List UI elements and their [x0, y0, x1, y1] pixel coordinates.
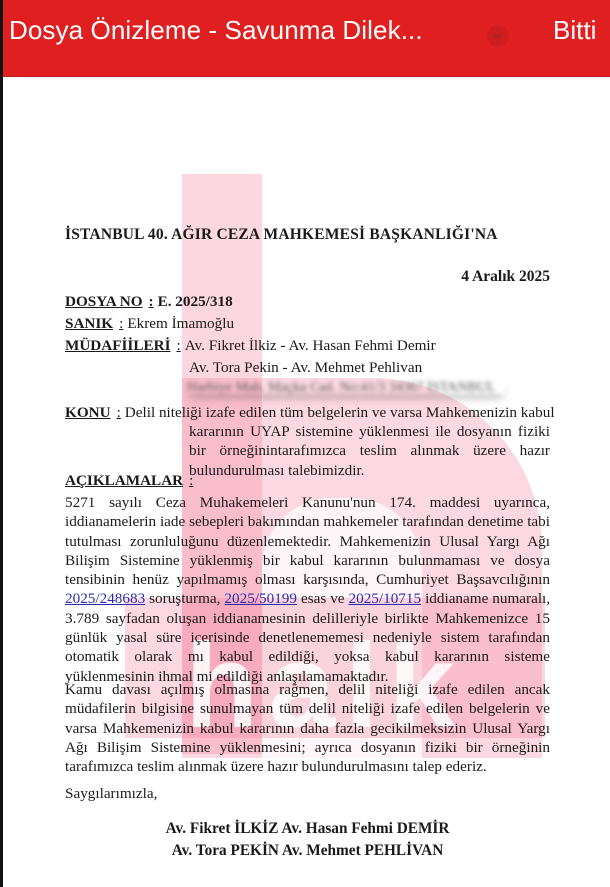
- mudafiler-line1: Av. Fikret İlkiz - Av. Hasan Fehmi Demir: [185, 337, 436, 354]
- case-link-iddianame[interactable]: 2025/10715: [349, 590, 422, 607]
- mudafiler-field: MÜDAFİİLERİ:Av. Fikret İlkiz - Av. Hasan…: [65, 336, 436, 355]
- dosya-no-label: DOSYA NO: [65, 293, 143, 310]
- konu-first-line: Delil niteliği izafe edilen tüm belgeler…: [125, 404, 555, 421]
- konu-field: KONU:Delil niteliği izafe edilen tüm bel…: [65, 403, 555, 422]
- preview-header: Dosya Önizleme - Savunma Dilek... Bitti: [0, 0, 610, 77]
- court-title: İSTANBUL 40. AĞIR CEZA MAHKEMESİ BAŞKANL…: [65, 225, 498, 244]
- aciklamalar-heading: AÇIKLAMALAR:: [65, 471, 197, 490]
- dosya-no-value: E. 2025/318: [158, 293, 233, 310]
- document-preview[interactable]: halk İSTANBUL 40. AĞIR CEZA MAHKEMESİ BA…: [0, 78, 610, 887]
- dosya-no-field: DOSYA NO:E. 2025/318: [65, 292, 233, 311]
- explanation-paragraph-1: 5271 sayılı Ceza Muhakemeleri Kanunu'nun…: [65, 493, 550, 686]
- file-preview-title: Dosya Önizleme - Savunma Dilek...: [9, 15, 423, 46]
- case-link-esas[interactable]: 2025/50199: [224, 590, 297, 607]
- sanik-label: SANIK: [65, 315, 113, 332]
- case-link-soruşturma[interactable]: 2025/248683: [65, 590, 145, 607]
- aciklamalar-label: AÇIKLAMALAR: [65, 472, 183, 489]
- document-date: 4 Aralık 2025: [461, 267, 550, 286]
- redacted-address: Harbiye Mah. Maçka Cad. No:41/3 34367 İS…: [187, 378, 505, 394]
- sanik-field: SANIK:Ekrem İmamoğlu: [65, 314, 234, 333]
- chevron-down-icon[interactable]: [487, 25, 509, 47]
- signature-line-2: Av. Tora PEKİN Av. Mehmet PEHLİVAN: [65, 840, 550, 862]
- signature-block: Av. Fikret İLKİZ Av. Hasan Fehmi DEMİR A…: [65, 818, 550, 862]
- sanik-value: Ekrem İmamoğlu: [127, 315, 234, 332]
- mudafiler-line2: Av. Tora Pekin - Av. Mehmet Pehlivan: [189, 358, 422, 377]
- done-button[interactable]: Bitti: [553, 15, 596, 46]
- explanation-paragraph-2: Kamu davası açılmış olmasına rağmen, del…: [65, 680, 550, 776]
- mudafiler-label: MÜDAFİİLERİ: [65, 337, 170, 354]
- konu-label: KONU: [65, 404, 111, 421]
- signature-line-1: Av. Fikret İLKİZ Av. Hasan Fehmi DEMİR: [65, 818, 550, 840]
- closing-salutation: Saygılarımızla,: [65, 784, 157, 803]
- window-edge: [0, 0, 3, 887]
- konu-text: kararının UYAP sistemine yüklenmesi ile …: [189, 422, 550, 480]
